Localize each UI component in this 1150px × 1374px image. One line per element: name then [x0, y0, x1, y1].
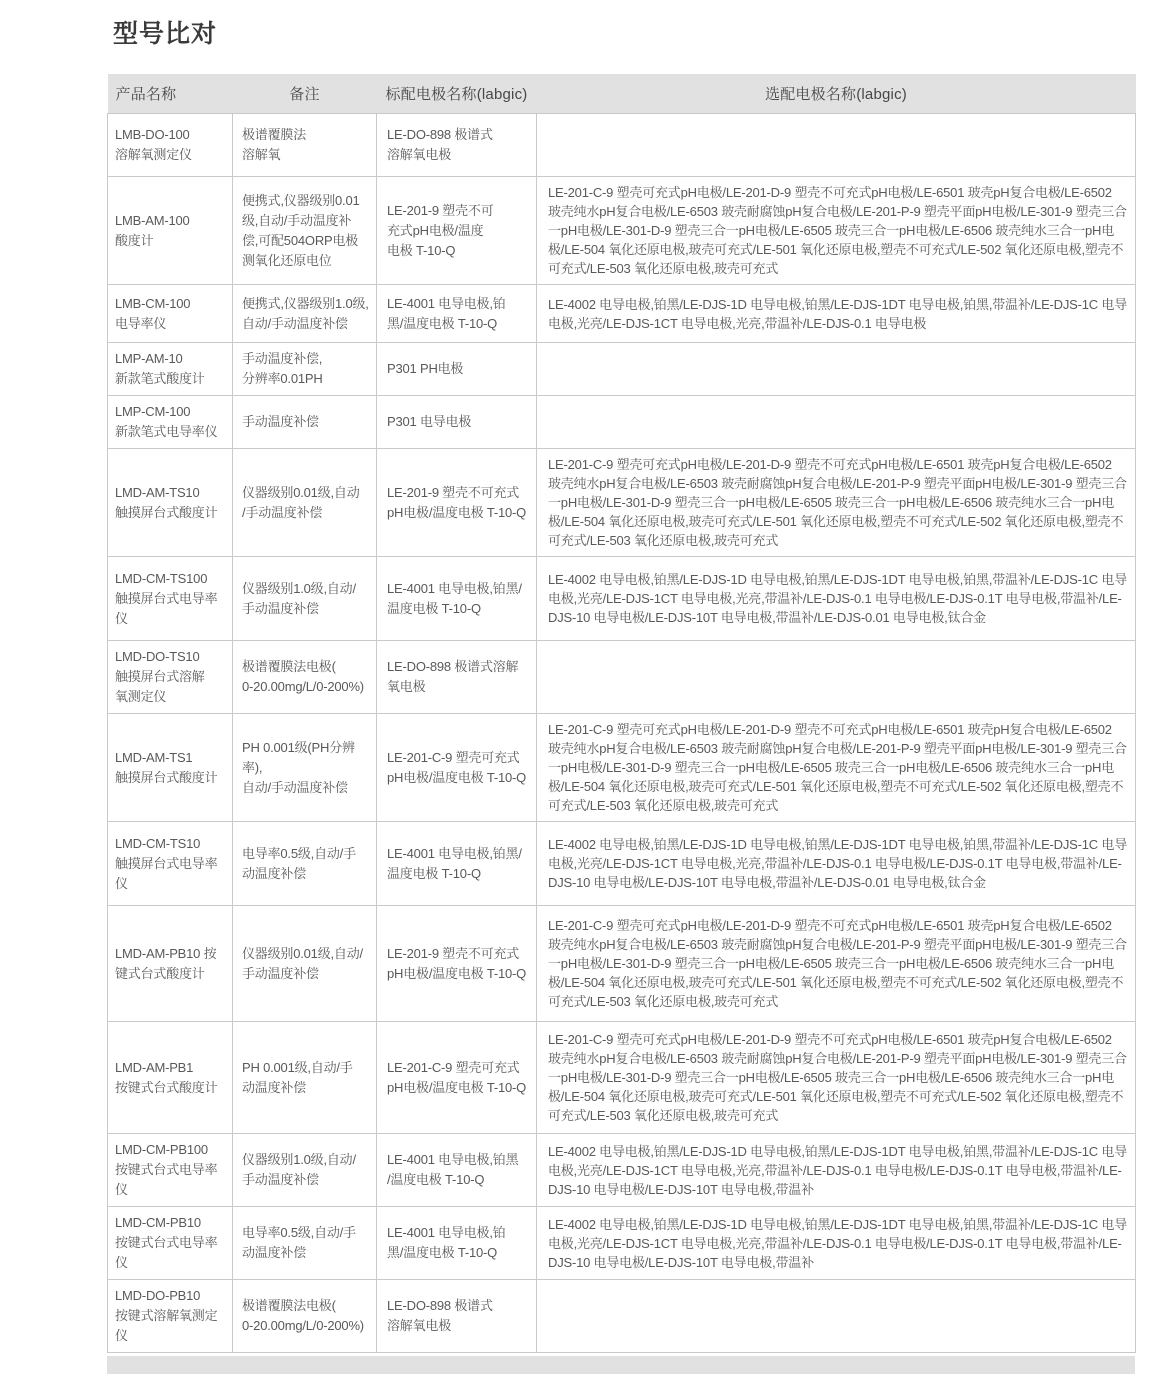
optional-electrode-cell: LE-201-C-9 塑壳可充式pH电极/LE-201-D-9 塑壳不可充式pH… — [537, 906, 1136, 1022]
note-cell: PH 0.001级,自动/手 动温度补偿 — [233, 1022, 377, 1134]
standard-electrode-cell: LE-DO-898 极谱式 溶解氧电极 — [377, 1280, 537, 1353]
table-row: LMD-CM-PB100 按键式台式电导率仪 仪器级别1.0级,自动/ 手动温度… — [108, 1134, 1136, 1207]
optional-electrode-cell — [537, 114, 1136, 177]
product-name-cell: LMB-CM-100 电导率仪 — [108, 285, 233, 343]
note-cell: 便携式,仪器级别1.0级, 自动/手动温度补偿 — [233, 285, 377, 343]
model-comparison-table: 产品名称 备注 标配电极名称(labgic) 选配电极名称(labgic) LM… — [107, 74, 1136, 1353]
product-name-cell: LMD-CM-PB10 按键式台式电导率仪 — [108, 1207, 233, 1280]
standard-electrode-cell: LE-4001 电导电极,铂 黑/温度电极 T-10-Q — [377, 285, 537, 343]
optional-electrode-cell: LE-4002 电导电极,铂黑/LE-DJS-1D 电导电极,铂黑/LE-DJS… — [537, 822, 1136, 906]
table-row: LMD-CM-TS10 触摸屏台式电导率仪 电导率0.5级,自动/手 动温度补偿… — [108, 822, 1136, 906]
table-header-row: 产品名称 备注 标配电极名称(labgic) 选配电极名称(labgic) — [108, 74, 1136, 114]
standard-electrode-cell: LE-4001 电导电极,铂 黑/温度电极 T-10-Q — [377, 1207, 537, 1280]
product-name-cell: LMB-AM-100 酸度计 — [108, 177, 233, 285]
table-row: LMB-AM-100 酸度计 便携式,仪器级别0.01 级,自动/手动温度补 偿… — [108, 177, 1136, 285]
product-name-cell: LMD-AM-TS10 触摸屏台式酸度计 — [108, 449, 233, 557]
note-cell: PH 0.001级(PH分辨率), 自动/手动温度补偿 — [233, 714, 377, 822]
standard-electrode-cell: LE-201-C-9 塑壳可充式 pH电极/温度电极 T-10-Q — [377, 714, 537, 822]
optional-electrode-cell: LE-4002 电导电极,铂黑/LE-DJS-1D 电导电极,铂黑/LE-DJS… — [537, 1134, 1136, 1207]
note-cell: 极谱覆膜法电极( 0-20.00mg/L/0-200%) — [233, 641, 377, 714]
optional-electrode-cell: LE-4002 电导电极,铂黑/LE-DJS-1D 电导电极,铂黑/LE-DJS… — [537, 285, 1136, 343]
model-comparison-page: 型号比对 产品名称 备注 标配电极名称(labgic) 选配电极名称(labgi… — [107, 14, 1135, 1353]
note-cell: 便携式,仪器级别0.01 级,自动/手动温度补 偿,可配504ORP电极 测氧化… — [233, 177, 377, 285]
table-row: LMD-DO-TS10 触摸屏台式溶解 氧测定仪 极谱覆膜法电极( 0-20.0… — [108, 641, 1136, 714]
product-name-cell: LMP-CM-100 新款笔式电导率仪 — [108, 396, 233, 449]
note-cell: 极谱覆膜法 溶解氧 — [233, 114, 377, 177]
note-cell: 手动温度补偿, 分辨率0.01PH — [233, 343, 377, 396]
product-name-cell: LMD-AM-PB1 按键式台式酸度计 — [108, 1022, 233, 1134]
note-cell: 仪器级别1.0级,自动/ 手动温度补偿 — [233, 557, 377, 641]
note-cell: 手动温度补偿 — [233, 396, 377, 449]
product-name-cell: LMD-CM-TS10 触摸屏台式电导率仪 — [108, 822, 233, 906]
column-header-note: 备注 — [233, 74, 377, 114]
optional-electrode-cell: LE-201-C-9 塑壳可充式pH电极/LE-201-D-9 塑壳不可充式pH… — [537, 177, 1136, 285]
table-row: LMD-DO-PB10 按键式溶解氧测定仪 极谱覆膜法电极( 0-20.00mg… — [108, 1280, 1136, 1353]
table-row: LMD-AM-TS10 触摸屏台式酸度计 仪器级别0.01级,自动 /手动温度补… — [108, 449, 1136, 557]
column-header-product: 产品名称 — [108, 74, 233, 114]
optional-electrode-cell — [537, 641, 1136, 714]
note-cell: 仪器级别0.01级,自动/ 手动温度补偿 — [233, 906, 377, 1022]
product-name-cell: LMD-CM-PB100 按键式台式电导率仪 — [108, 1134, 233, 1207]
standard-electrode-cell: LE-201-9 塑壳不可 充式pH电极/温度 电极 T-10-Q — [377, 177, 537, 285]
standard-electrode-cell: LE-201-9 塑壳不可充式 pH电极/温度电极 T-10-Q — [377, 449, 537, 557]
optional-electrode-cell — [537, 343, 1136, 396]
note-cell: 电导率0.5级,自动/手 动温度补偿 — [233, 1207, 377, 1280]
note-cell: 极谱覆膜法电极( 0-20.00mg/L/0-200%) — [233, 1280, 377, 1353]
product-name-cell: LMD-AM-TS1 触摸屏台式酸度计 — [108, 714, 233, 822]
optional-electrode-cell: LE-4002 电导电极,铂黑/LE-DJS-1D 电导电极,铂黑/LE-DJS… — [537, 557, 1136, 641]
product-name-cell: LMD-AM-PB10 按 键式台式酸度计 — [108, 906, 233, 1022]
product-name-cell: LMP-AM-10 新款笔式酸度计 — [108, 343, 233, 396]
note-cell: 电导率0.5级,自动/手 动温度补偿 — [233, 822, 377, 906]
note-cell: 仪器级别0.01级,自动 /手动温度补偿 — [233, 449, 377, 557]
standard-electrode-cell: P301 电导电极 — [377, 396, 537, 449]
standard-electrode-cell: LE-DO-898 极谱式 溶解氧电极 — [377, 114, 537, 177]
table-row: LMD-AM-PB10 按 键式台式酸度计 仪器级别0.01级,自动/ 手动温度… — [108, 906, 1136, 1022]
table-row: LMD-AM-PB1 按键式台式酸度计 PH 0.001级,自动/手 动温度补偿… — [108, 1022, 1136, 1134]
product-name-cell: LMD-CM-TS100 触摸屏台式电导率仪 — [108, 557, 233, 641]
next-table-header-partial — [107, 1356, 1135, 1374]
table-row: LMB-DO-100 溶解氧测定仪 极谱覆膜法 溶解氧 LE-DO-898 极谱… — [108, 114, 1136, 177]
optional-electrode-cell: LE-4002 电导电极,铂黑/LE-DJS-1D 电导电极,铂黑/LE-DJS… — [537, 1207, 1136, 1280]
note-cell: 仪器级别1.0级,自动/ 手动温度补偿 — [233, 1134, 377, 1207]
column-header-standard: 标配电极名称(labgic) — [377, 74, 537, 114]
optional-electrode-cell: LE-201-C-9 塑壳可充式pH电极/LE-201-D-9 塑壳不可充式pH… — [537, 714, 1136, 822]
optional-electrode-cell — [537, 396, 1136, 449]
standard-electrode-cell: LE-DO-898 极谱式溶解 氧电极 — [377, 641, 537, 714]
table-row: LMP-AM-10 新款笔式酸度计 手动温度补偿, 分辨率0.01PH P301… — [108, 343, 1136, 396]
product-name-cell: LMB-DO-100 溶解氧测定仪 — [108, 114, 233, 177]
table-row: LMD-CM-TS100 触摸屏台式电导率仪 仪器级别1.0级,自动/ 手动温度… — [108, 557, 1136, 641]
optional-electrode-cell: LE-201-C-9 塑壳可充式pH电极/LE-201-D-9 塑壳不可充式pH… — [537, 449, 1136, 557]
product-name-cell: LMD-DO-PB10 按键式溶解氧测定仪 — [108, 1280, 233, 1353]
product-name-cell: LMD-DO-TS10 触摸屏台式溶解 氧测定仪 — [108, 641, 233, 714]
table-row: LMD-AM-TS1 触摸屏台式酸度计 PH 0.001级(PH分辨率), 自动… — [108, 714, 1136, 822]
page-title: 型号比对 — [113, 14, 1135, 50]
standard-electrode-cell: LE-201-9 塑壳不可充式 pH电极/温度电极 T-10-Q — [377, 906, 537, 1022]
standard-electrode-cell: LE-4001 电导电极,铂黑/ 温度电极 T-10-Q — [377, 822, 537, 906]
optional-electrode-cell — [537, 1280, 1136, 1353]
table-row: LMP-CM-100 新款笔式电导率仪 手动温度补偿 P301 电导电极 — [108, 396, 1136, 449]
standard-electrode-cell: P301 PH电极 — [377, 343, 537, 396]
table-row: LMD-CM-PB10 按键式台式电导率仪 电导率0.5级,自动/手 动温度补偿… — [108, 1207, 1136, 1280]
column-header-optional: 选配电极名称(labgic) — [537, 74, 1136, 114]
standard-electrode-cell: LE-4001 电导电极,铂黑 /温度电极 T-10-Q — [377, 1134, 537, 1207]
standard-electrode-cell: LE-201-C-9 塑壳可充式 pH电极/温度电极 T-10-Q — [377, 1022, 537, 1134]
standard-electrode-cell: LE-4001 电导电极,铂黑/ 温度电极 T-10-Q — [377, 557, 537, 641]
optional-electrode-cell: LE-201-C-9 塑壳可充式pH电极/LE-201-D-9 塑壳不可充式pH… — [537, 1022, 1136, 1134]
table-row: LMB-CM-100 电导率仪 便携式,仪器级别1.0级, 自动/手动温度补偿 … — [108, 285, 1136, 343]
